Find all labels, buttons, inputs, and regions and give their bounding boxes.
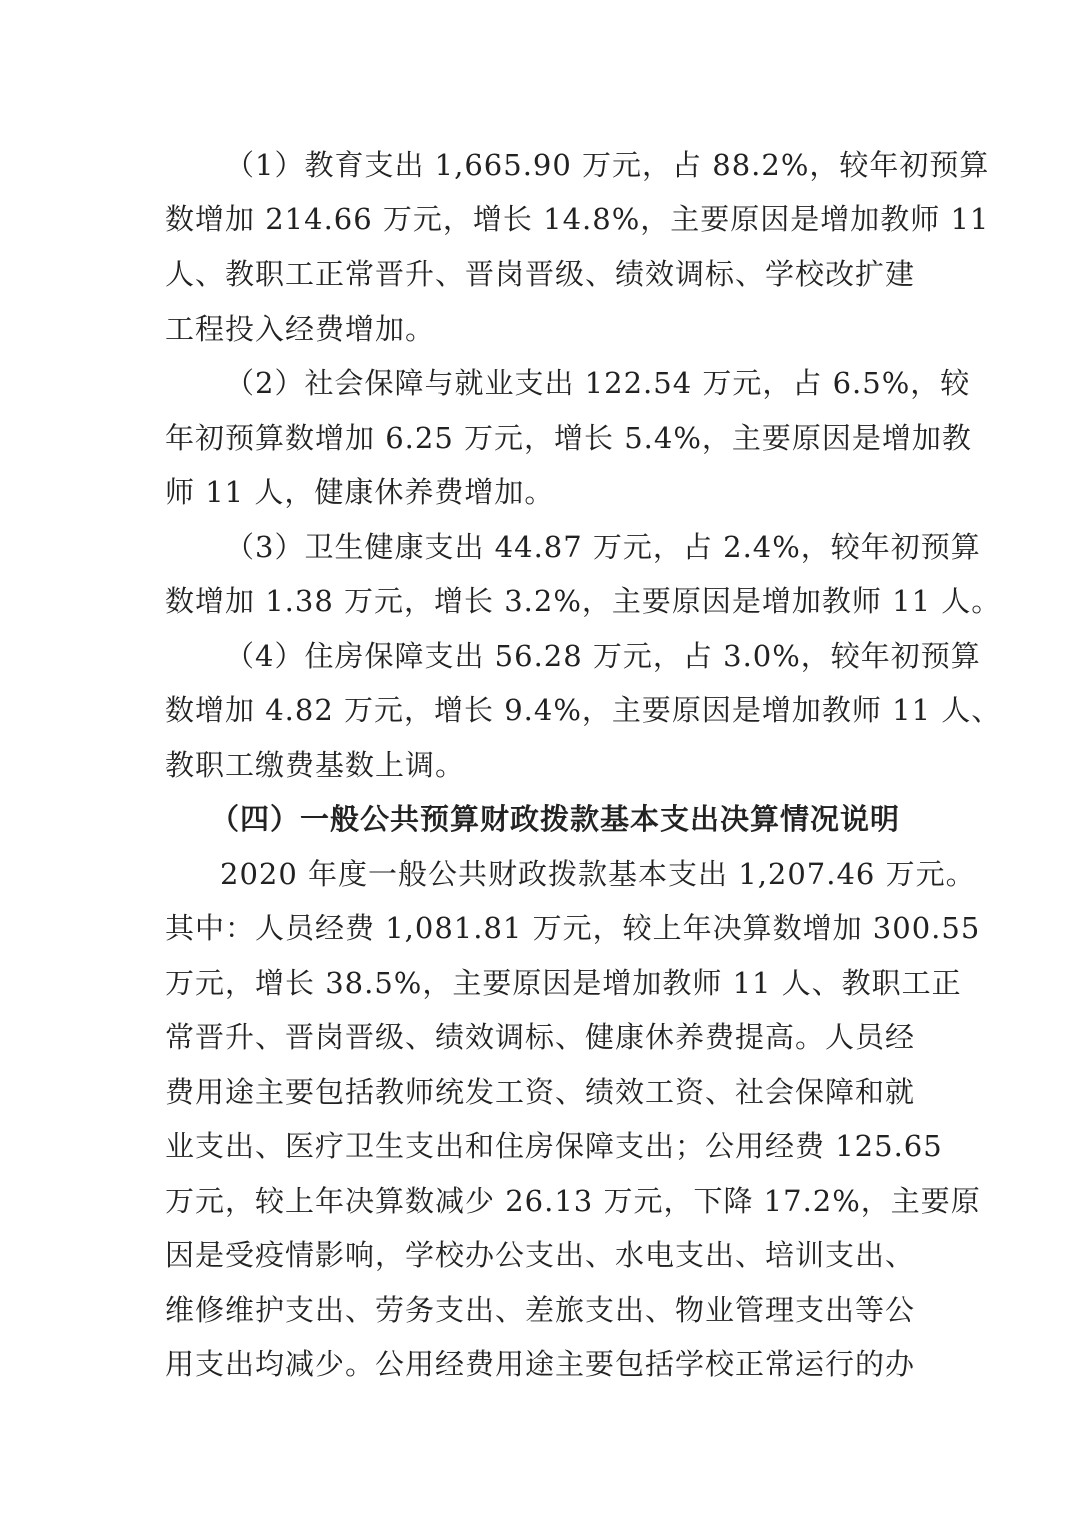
s-line-4: 常晋升、晋岗晋级、绩效调标、健康休养费提高。人员经 bbox=[165, 1017, 915, 1057]
p2-line-2: 年初预算数增加 6.25 万元，增长 5.4%，主要原因是增加教 bbox=[165, 418, 972, 458]
s-line-7: 万元，较上年决算数减少 26.13 万元，下降 17.2%，主要原 bbox=[165, 1181, 981, 1221]
s-line-6: 业支出、医疗卫生支出和住房保障支出；公用经费 125.65 bbox=[165, 1126, 943, 1166]
section-heading: （四）一般公共预算财政拨款基本支出决算情况说明 bbox=[210, 799, 900, 839]
p4-line-2: 数增加 4.82 万元，增长 9.4%，主要原因是增加教师 11 人、 bbox=[165, 690, 1001, 730]
s-line-9: 维修维护支出、劳务支出、差旅支出、物业管理支出等公 bbox=[165, 1290, 915, 1330]
s-line-10: 用支出均减少。公用经费用途主要包括学校正常运行的办 bbox=[165, 1344, 915, 1384]
p1-line-4: 工程投入经费增加。 bbox=[165, 309, 435, 349]
p3-line-1: （3）卫生健康支出 44.87 万元，占 2.4%，较年初预算 bbox=[225, 527, 981, 567]
p1-line-1: （1）教育支出 1,665.90 万元，占 88.2%，较年初预算 bbox=[225, 145, 989, 185]
s-line-1: 2020 年度一般公共财政拨款基本支出 1,207.46 万元。 bbox=[220, 854, 976, 894]
s-line-8: 因是受疫情影响，学校办公支出、水电支出、培训支出、 bbox=[165, 1235, 915, 1275]
p1-line-3: 人、教职工正常晋升、晋岗晋级、绩效调标、学校改扩建 bbox=[165, 254, 915, 294]
p4-line-1: （4）住房保障支出 56.28 万元，占 3.0%，较年初预算 bbox=[225, 636, 981, 676]
p1-line-2: 数增加 214.66 万元，增长 14.8%，主要原因是增加教师 11 bbox=[165, 199, 989, 239]
p4-line-3: 教职工缴费基数上调。 bbox=[165, 745, 465, 785]
s-line-5: 费用途主要包括教师统发工资、绩效工资、社会保障和就 bbox=[165, 1072, 915, 1112]
p3-line-2: 数增加 1.38 万元，增长 3.2%，主要原因是增加教师 11 人。 bbox=[165, 581, 1001, 621]
p2-line-3: 师 11 人，健康休养费增加。 bbox=[165, 472, 554, 512]
p2-line-1: （2）社会保障与就业支出 122.54 万元，占 6.5%，较 bbox=[225, 363, 970, 403]
s-line-3: 万元，增长 38.5%，主要原因是增加教师 11 人、教职工正 bbox=[165, 963, 962, 1003]
s-line-2: 其中：人员经费 1,081.81 万元，较上年决算数增加 300.55 bbox=[165, 908, 980, 948]
